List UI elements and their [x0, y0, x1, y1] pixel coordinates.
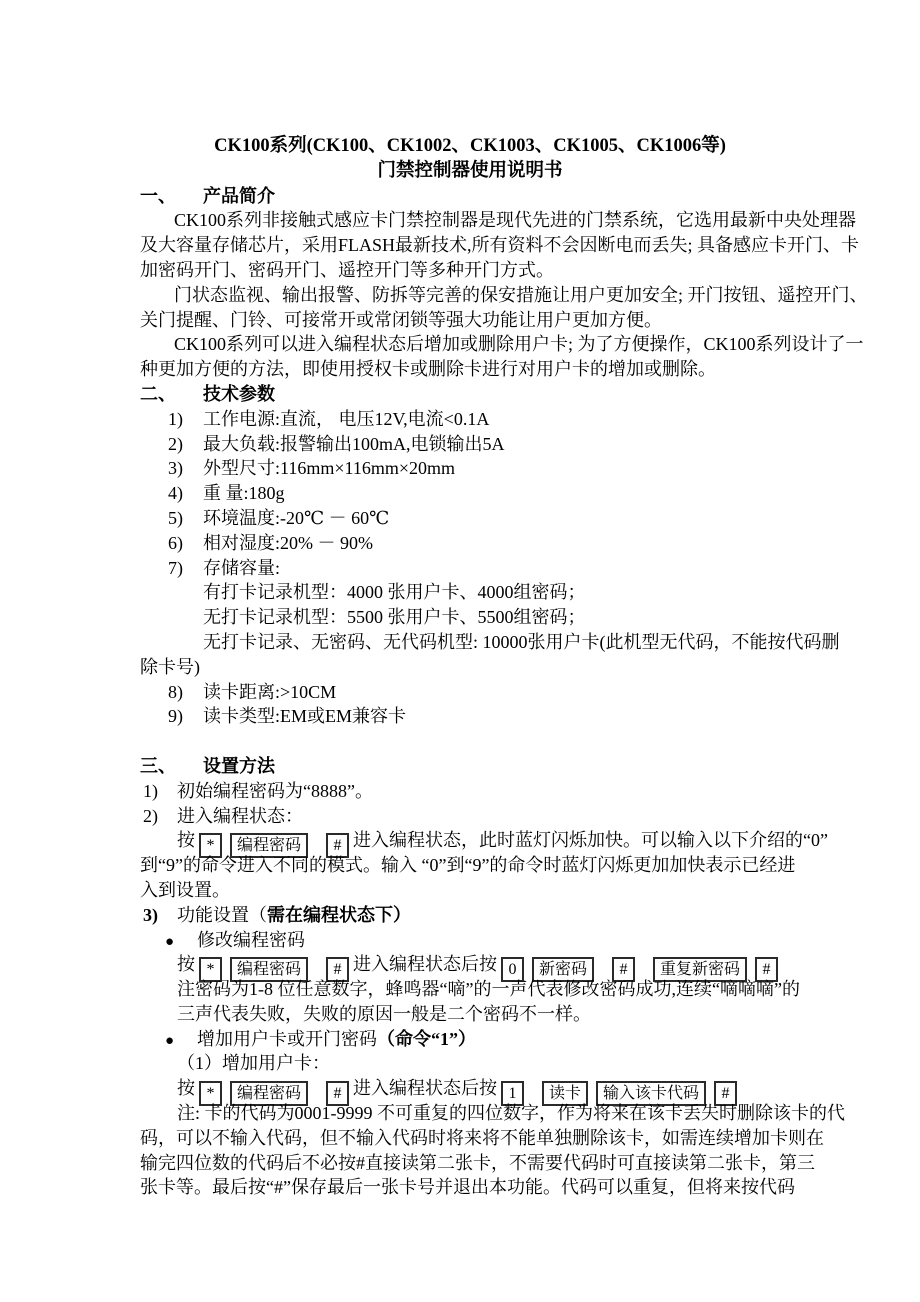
- list-item: 7)存储容量:: [140, 556, 840, 581]
- item-number: 5): [168, 506, 203, 531]
- storage-line-wrap: 除卡号): [140, 655, 840, 680]
- key-sequence-add-card: 按*编程密码#进入编程状态后按1读卡输入该卡代码#: [140, 1076, 840, 1101]
- item-text: 功能设置（: [177, 905, 267, 925]
- list-item: 3)外型尺寸:116mm×116mm×20mm: [140, 456, 840, 481]
- item-number: 3): [168, 456, 203, 481]
- storage-line: 无打卡记录机型：5500 张用户卡、5500组密码；: [140, 605, 840, 630]
- item-number: 9): [168, 704, 203, 729]
- item-number: 6): [168, 531, 203, 556]
- key-sequence-enter-programming: 按*编程密码#进入编程状态，此时蓝灯闪烁加快。可以输入以下介绍的“0”: [140, 828, 840, 853]
- list-item: 8)读卡距离:>10CM: [140, 680, 840, 705]
- item-text-bold: 需在编程状态下）: [267, 905, 411, 925]
- press-label: 按: [177, 830, 195, 850]
- item-number: 2): [143, 804, 177, 829]
- item-number: 2): [168, 432, 203, 457]
- item-text: 外型尺寸:116mm×116mm×20mm: [203, 458, 455, 478]
- item-text: 环境温度:-20℃ － 60℃: [203, 508, 389, 528]
- item-text: 最大负载:报警输出100mA,电锁输出5A: [203, 434, 505, 454]
- paragraph-line: 门状态监视、输出报警、防拆等完善的保安措施让用户更加安全; 开门按钮、遥控开门、: [140, 283, 840, 308]
- item-number: 1): [168, 407, 203, 432]
- press-label: 按: [177, 954, 195, 974]
- note-line: 张卡等。最后按“#”保存最后一张卡号并退出本功能。代码可以重复，但将来按代码: [140, 1175, 840, 1200]
- paragraph-line: 及大容量存储芯片，采用FLASH最新技术,所有资料不会因断电而丢失; 具备感应卡…: [140, 233, 840, 258]
- section-heading-1: 一、产品简介: [140, 184, 840, 209]
- sub-step-label: （1）增加用户卡：: [140, 1051, 840, 1076]
- bullet-item: ●修改编程密码: [140, 928, 840, 953]
- doc-title-line2: 门禁控制器使用说明书: [140, 159, 800, 184]
- key-sequence-change-password: 按*编程密码#进入编程状态后按0新密码#重复新密码#: [140, 952, 840, 977]
- paragraph-line: 关门提醒、门铃、可接常开或常闭锁等强大功能让用户更加方便。: [140, 308, 840, 333]
- item-text: 进入编程状态：: [177, 806, 303, 826]
- item-number: 4): [168, 481, 203, 506]
- section-title: 产品简介: [203, 186, 275, 206]
- list-item: 2)进入编程状态：: [140, 804, 840, 829]
- storage-line: 有打卡记录机型：4000 张用户卡、4000组密码；: [140, 580, 840, 605]
- list-item: 9)读卡类型:EM或EM兼容卡: [140, 704, 840, 729]
- list-item: 1)工作电源:直流， 电压12V,电流<0.1A: [140, 407, 840, 432]
- list-item: 1)初始编程密码为“8888”。: [140, 779, 840, 804]
- item-text: 初始编程密码为“8888”。: [177, 781, 373, 801]
- section-heading-3: 三、设置方法: [140, 754, 840, 779]
- item-text: 读卡类型:EM或EM兼容卡: [203, 706, 406, 726]
- list-item: 3)功能设置（需在编程状态下）: [140, 903, 840, 928]
- note-line: 三声代表失败，失败的原因一般是二个密码不一样。: [140, 1002, 840, 1027]
- list-item: 6)相对湿度:20% － 90%: [140, 531, 840, 556]
- item-text: 工作电源:直流， 电压12V,电流<0.1A: [203, 409, 489, 429]
- section-number: 二、: [140, 382, 203, 407]
- bullet-icon: ●: [165, 1029, 197, 1054]
- storage-line: 无打卡记录、无密码、无代码机型: 10000张用户卡(此机型无代码，不能按代码删: [140, 630, 840, 655]
- press-label: 按: [177, 1078, 195, 1098]
- doc-title-line1: CK100系列(CK100、CK1002、CK1003、CK1005、CK100…: [140, 134, 800, 159]
- sequence-text: 进入编程状态，此时蓝灯闪烁加快。可以输入以下介绍的“0”: [353, 830, 828, 850]
- sequence-text: 进入编程状态后按: [353, 954, 497, 974]
- item-text: 重 量:180g: [203, 483, 285, 503]
- item-number: 3): [143, 903, 177, 928]
- list-item: 2)最大负载:报警输出100mA,电锁输出5A: [140, 432, 840, 457]
- item-number: 1): [143, 779, 177, 804]
- paragraph-line: 到“9”的命令进入不同的模式。输入 “0”到“9”的命令时蓝灯闪烁更加加快表示已…: [140, 853, 840, 878]
- bullet-label: 修改编程密码: [197, 930, 305, 950]
- paragraph-line: CK100系列非接触式感应卡门禁控制器是现代先进的门禁系统，它选用最新中央处理器: [140, 208, 840, 233]
- note-line: 注: 卡的代码为0001-9999 不可重复的四位数字，作为将来在该卡丢失时删除…: [140, 1101, 840, 1126]
- section-title: 设置方法: [203, 756, 275, 776]
- bullet-item: ●增加用户卡或开门密码（命令“1”）: [140, 1027, 840, 1052]
- bullet-label-bold: （命令“1”）: [377, 1029, 476, 1049]
- document-page: CK100系列(CK100、CK1002、CK1003、CK1005、CK100…: [0, 0, 840, 1200]
- sequence-text: 进入编程状态后按: [353, 1078, 497, 1098]
- item-number: 8): [168, 680, 203, 705]
- section-number: 三、: [140, 754, 203, 779]
- paragraph-line: CK100系列可以进入编程状态后增加或删除用户卡; 为了方便操作，CK100系列…: [140, 332, 840, 357]
- bullet-icon: ●: [165, 930, 197, 955]
- item-text: 读卡距离:>10CM: [203, 682, 336, 702]
- note-line: 输完四位数的代码后不必按#直接读第二张卡，不需要代码时可直接读第二张卡，第三: [140, 1151, 840, 1176]
- list-item: 4)重 量:180g: [140, 481, 840, 506]
- section-title: 技术参数: [203, 384, 275, 404]
- note-line: 注密码为1-8 位任意数字，蜂鸣器“嘀”的一声代表修改密码成功,连续“嘀嘀嘀”的: [140, 977, 840, 1002]
- list-item: 5)环境温度:-20℃ － 60℃: [140, 506, 840, 531]
- blank-line: [140, 729, 840, 754]
- section-number: 一、: [140, 184, 203, 209]
- section-heading-2: 二、技术参数: [140, 382, 840, 407]
- paragraph-line: 加密码开门、密码开门、遥控开门等多种开门方式。: [140, 258, 840, 283]
- item-text: 相对湿度:20% － 90%: [203, 533, 373, 553]
- bullet-label: 增加用户卡或开门密码: [197, 1029, 377, 1049]
- note-line: 码，可以不输入代码，但不输入代码时将来将不能单独删除该卡，如需连续增加卡则在: [140, 1126, 840, 1151]
- item-text: 存储容量:: [203, 558, 280, 578]
- paragraph-line: 入到设置。: [140, 878, 840, 903]
- paragraph-line: 种更加方便的方法，即使用授权卡或删除卡进行对用户卡的增加或删除。: [140, 357, 840, 382]
- item-number: 7): [168, 556, 203, 581]
